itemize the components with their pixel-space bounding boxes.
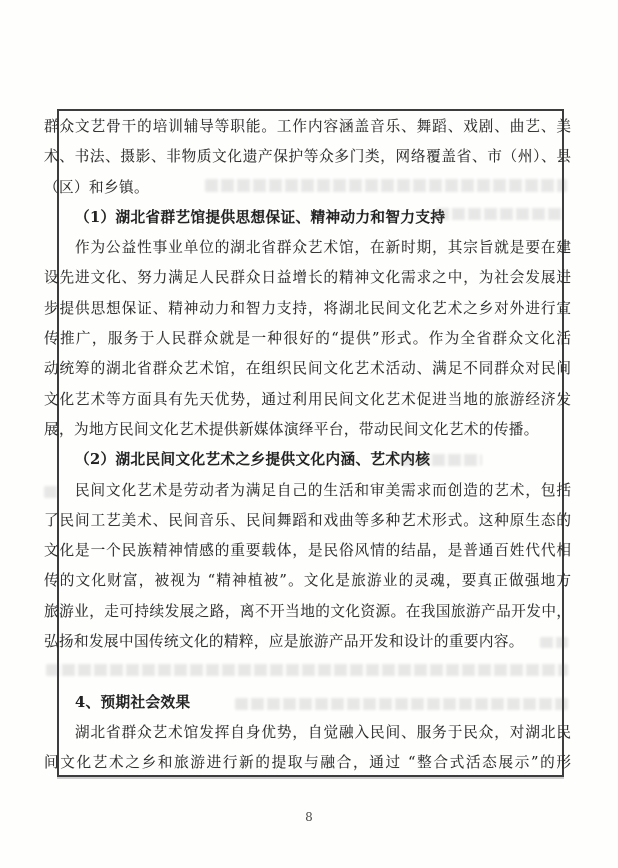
text-line: 群众文艺骨干的培训辅导等职能。工作内容涵盖音乐、舞蹈、戏剧、曲艺、美 [44, 112, 571, 142]
text-line: 步提供思想保证、精神动力和智力支持，将湖北民间文化艺术之乡对外进行宣 [44, 294, 571, 324]
text-line: 间文化艺术之乡和旅游进行新的提取与融合，通过 “整合式活态展示”的形 [44, 748, 571, 778]
text-line: 了民间工艺美术、民间音乐、民间舞蹈和戏曲等多种艺术形式。这种原生态的 [44, 506, 571, 536]
text-line: 作为公益性事业单位的湖北省群众艺术馆，在新时期，其宗旨就是要在建 [44, 233, 571, 263]
document-page: 群众文艺骨干的培训辅导等职能。工作内容涵盖音乐、舞蹈、戏剧、曲艺、美术、书法、摄… [0, 0, 618, 868]
text-line: 设先进文化、努力满足人民群众日益增长的精神文化需求之中，为社会发展进 [44, 263, 571, 293]
text-line: （区）和乡镇。 [44, 173, 571, 203]
page-number: 8 [0, 810, 618, 824]
text-line: 民间文化艺术是劳动者为满足自己的生活和审美需求而创造的艺术，包括 [44, 476, 571, 506]
text-line: 传的文化财富，被视为 “精神植被”。文化是旅游业的灵魂，要真正做强地方 [44, 566, 571, 596]
text-line: 传推广，服务于人民群众就是一种很好的“提供”形式。作为全省群众文化活 [44, 324, 571, 354]
heading-line: 4、预期社会效果 [44, 688, 571, 718]
heading-line: （1）湖北省群艺馆提供思想保证、精神动力和智力支持 [44, 203, 571, 233]
text-line: 湖北省群众艺术馆发挥自身优势，自觉融入民间、服务于民众，对湖北民 [44, 718, 571, 748]
text-line: 旅游业，走可持续发展之路，离不开当地的文化资源。在我国旅游产品开发中， [44, 597, 571, 627]
blank-line [44, 657, 571, 687]
text-line: 文化是一个民族精神情感的重要载体，是民俗风情的结晶，是普通百姓代代相 [44, 536, 571, 566]
text-line: 文化艺术等方面具有先天优势，通过利用民间文化艺术促进当地的旅游经济发 [44, 385, 571, 415]
text-line: 动统筹的湖北省群众艺术馆，在组织民间文化艺术活动、满足不同群众对民间 [44, 354, 571, 384]
heading-line: （2）湖北民间文化艺术之乡提供文化内涵、艺术内核 [44, 445, 571, 475]
text-line: 弘扬和发展中国传统文化的精粹，应是旅游产品开发和设计的重要内容。 [44, 627, 571, 657]
text-line: 术、书法、摄影、非物质文化遗产保护等众多门类，网络覆盖省、市（州）、县 [44, 142, 571, 172]
document-text-block: 群众文艺骨干的培训辅导等职能。工作内容涵盖音乐、舞蹈、戏剧、曲艺、美术、书法、摄… [44, 112, 571, 779]
text-line: 展，为地方民间文化艺术提供新媒体演绎平台，带动民间文化艺术的传播。 [44, 415, 571, 445]
